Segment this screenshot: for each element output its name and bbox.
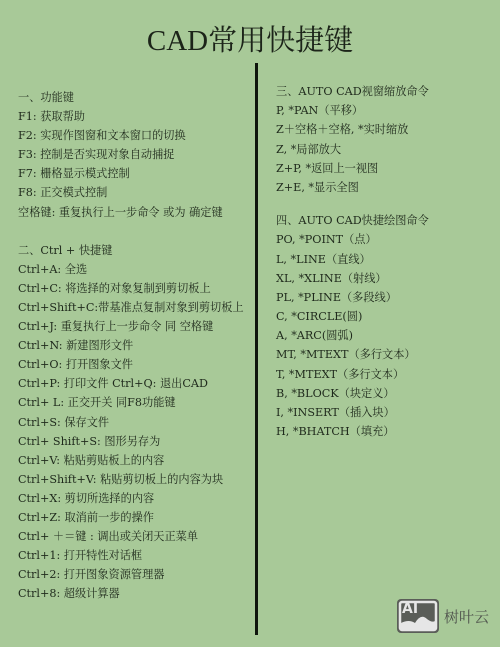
command-item: C, *CIRCLE(圆) xyxy=(276,307,498,326)
command-item: I, *INSERT（插入块） xyxy=(276,403,498,422)
section-heading: 一、功能键 xyxy=(18,88,254,107)
shortcut-item: Ctrl+Shift+C:带基准点复制对象到剪切板上 xyxy=(18,298,254,317)
left-column: 一、功能键 F1: 获取帮助 F2: 实现作图窗和文本窗口的切换 F3: 控制是… xyxy=(18,88,254,603)
command-item: PL, *PLINE（多段线） xyxy=(276,288,498,307)
shortcut-item: Ctrl+ Shift+S: 图形另存为 xyxy=(18,432,254,451)
shortcut-item: F3: 控制是否实现对象自动捕捉 xyxy=(18,145,254,164)
shortcut-item: Ctrl+X: 剪切所选择的内容 xyxy=(18,489,254,508)
page-title: CAD常用快捷键 xyxy=(0,18,500,59)
right-column: 三、AUTO CAD视窗缩放命令 P, *PAN（平移） Z＋空格＋空格, *实… xyxy=(276,82,498,441)
watermark-logo: AI 树叶云 xyxy=(397,599,489,633)
section-ctrl-shortcuts: 二、Ctrl + 快捷键 Ctrl+A: 全选 Ctrl+C: 将选择的对象复制… xyxy=(18,241,254,604)
shortcut-item: Ctrl+8: 超级计算器 xyxy=(18,584,254,603)
shortcut-item: Ctrl+2: 打开图象资源管理器 xyxy=(18,565,254,584)
command-item: Z+P, *返回上一视图 xyxy=(276,159,498,178)
shortcut-item: Ctrl+Shift+V: 粘贴剪切板上的内容为块 xyxy=(18,470,254,489)
watermark-text: 树叶云 xyxy=(444,606,489,627)
command-item: Z, *局部放大 xyxy=(276,140,498,159)
shortcut-item: Ctrl+1: 打开特性对话框 xyxy=(18,546,254,565)
shortcut-item: Ctrl+C: 将选择的对象复制到剪切板上 xyxy=(18,279,254,298)
shortcut-item: F1: 获取帮助 xyxy=(18,107,254,126)
shortcut-item: Ctrl+ L: 正交开关 同F8功能键 xyxy=(18,393,254,412)
shortcut-item: Ctrl+A: 全选 xyxy=(18,260,254,279)
command-item: T, *MTEXT（多行文本） xyxy=(276,365,498,384)
shortcut-item: F2: 实现作图窗和文本窗口的切换 xyxy=(18,126,254,145)
command-item: H, *BHATCH（填充） xyxy=(276,422,498,441)
shortcut-item: Ctrl+J: 重复执行上一步命令 同 空格键 xyxy=(18,317,254,336)
ai-image-icon: AI xyxy=(397,599,439,633)
shortcut-item: Ctrl+P: 打印文件 Ctrl+Q: 退出CAD xyxy=(18,374,254,393)
shortcut-item: Ctrl+O: 打开图象文件 xyxy=(18,355,254,374)
command-item: A, *ARC(圆弧) xyxy=(276,326,498,345)
section-heading: 四、AUTO CAD快捷绘图命令 xyxy=(276,211,498,230)
shortcut-item: F7: 栅格显示模式控制 xyxy=(18,164,254,183)
command-item: Z＋空格＋空格, *实时缩放 xyxy=(276,120,498,139)
section-function-keys: 一、功能键 F1: 获取帮助 F2: 实现作图窗和文本窗口的切换 F3: 控制是… xyxy=(18,88,254,222)
section-gap xyxy=(18,222,254,241)
command-item: L, *LINE（直线） xyxy=(276,250,498,269)
shortcut-item: Ctrl+Z: 取消前一步的操作 xyxy=(18,508,254,527)
command-item: PO, *POINT（点） xyxy=(276,230,498,249)
section-gap xyxy=(276,197,498,211)
mountain-icon xyxy=(397,599,439,633)
shortcut-item: F8: 正交模式控制 xyxy=(18,183,254,202)
command-item: P, *PAN（平移） xyxy=(276,101,498,120)
command-item: XL, *XLINE（射线） xyxy=(276,269,498,288)
section-heading: 二、Ctrl + 快捷键 xyxy=(18,241,254,260)
column-divider xyxy=(255,63,258,635)
shortcut-item: Ctrl+ ＋＝键 : 调出或关闭天正菜单 xyxy=(18,527,254,546)
command-item: Z+E, *显示全图 xyxy=(276,178,498,197)
section-draw-commands: 四、AUTO CAD快捷绘图命令 PO, *POINT（点） L, *LINE（… xyxy=(276,211,498,441)
shortcut-item: 空格键: 重复执行上一步命令 或为 确定键 xyxy=(18,203,254,222)
section-zoom-commands: 三、AUTO CAD视窗缩放命令 P, *PAN（平移） Z＋空格＋空格, *实… xyxy=(276,82,498,197)
shortcut-item: Ctrl+S: 保存文件 xyxy=(18,413,254,432)
shortcut-item: Ctrl+V: 粘贴剪贴板上的内容 xyxy=(18,451,254,470)
shortcut-item: Ctrl+N: 新建图形文件 xyxy=(18,336,254,355)
command-item: MT, *MTEXT（多行文本） xyxy=(276,345,498,364)
command-item: B, *BLOCK（块定义） xyxy=(276,384,498,403)
section-heading: 三、AUTO CAD视窗缩放命令 xyxy=(276,82,498,101)
